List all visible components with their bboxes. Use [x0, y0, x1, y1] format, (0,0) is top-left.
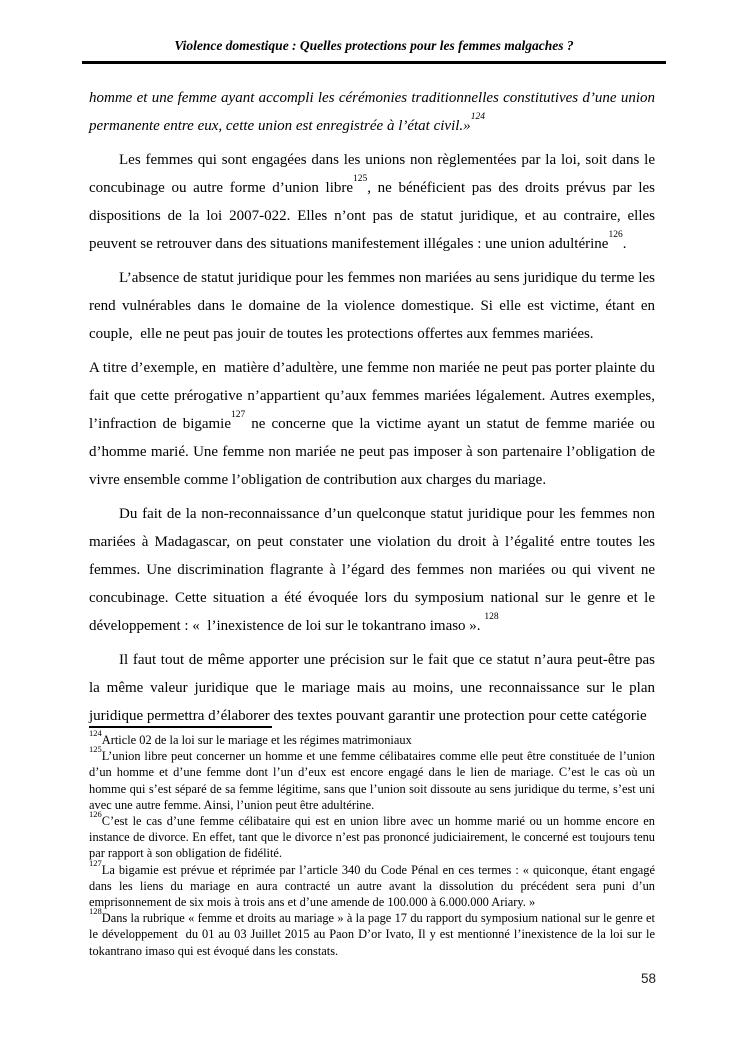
- page-header: Violence domestique : Quelles protection…: [82, 37, 666, 64]
- footnote: 125L’union libre peut concerner un homme…: [89, 748, 655, 813]
- footnote-text: L’union libre peut concerner un homme et…: [89, 749, 658, 812]
- footnote-ref-125: 125: [353, 174, 367, 184]
- paragraph: A titre d’exemple, en matière d’adultère…: [89, 354, 655, 494]
- paragraph: L’absence de statut juridique pour les f…: [89, 264, 655, 348]
- footnote: 127La bigamie est prévue et réprimée par…: [89, 862, 655, 911]
- footnote-number: 125: [89, 744, 102, 754]
- paragraph-text: Il faut tout de même apporter une précis…: [89, 652, 659, 724]
- footnote-text: Dans la rubrique « femme et droits au ma…: [89, 911, 658, 957]
- paragraph: Il faut tout de même apporter une précis…: [89, 646, 655, 730]
- document-body: homme et une femme ayant accompli les cé…: [89, 84, 655, 730]
- running-title: Violence domestique : Quelles protection…: [174, 38, 573, 53]
- footnote-separator: [89, 726, 272, 728]
- paragraph-text: L’absence de statut juridique pour les f…: [89, 270, 659, 342]
- page-number: 58: [641, 971, 656, 986]
- footnote-number: 127: [89, 858, 102, 868]
- footnote-number: 126: [89, 809, 102, 819]
- paragraph-text: Du fait de la non-reconnaissance d’un qu…: [89, 506, 659, 634]
- document-page: Violence domestique : Quelles protection…: [0, 0, 744, 1053]
- paragraph-text: homme et une femme ayant accompli les cé…: [89, 90, 659, 134]
- footnote-ref-127: 127: [231, 410, 245, 420]
- footnote: 124Article 02 de la loi sur le mariage e…: [89, 732, 655, 748]
- footnote-ref-126: 126: [608, 230, 622, 240]
- footnote-text: Article 02 de la loi sur le mariage et l…: [102, 733, 412, 747]
- footnote: 126C’est le cas d’une femme célibataire …: [89, 813, 655, 862]
- footnote-text: La bigamie est prévue et réprimée par l’…: [89, 863, 658, 909]
- paragraph: homme et une femme ayant accompli les cé…: [89, 84, 655, 140]
- footnote-text: C’est le cas d’une femme célibataire qui…: [89, 814, 658, 860]
- footnote-ref-124: 124: [471, 112, 485, 122]
- footnote-number: 124: [89, 728, 102, 738]
- paragraph: Les femmes qui sont engagées dans les un…: [89, 146, 655, 258]
- paragraph: Du fait de la non-reconnaissance d’un qu…: [89, 500, 655, 640]
- footnote-ref-128: 128: [484, 612, 498, 622]
- footnote: 128Dans la rubrique « femme et droits au…: [89, 910, 655, 959]
- paragraph-text: .: [623, 236, 627, 252]
- footnote-number: 128: [89, 906, 102, 916]
- footnotes-section: 124Article 02 de la loi sur le mariage e…: [89, 726, 655, 959]
